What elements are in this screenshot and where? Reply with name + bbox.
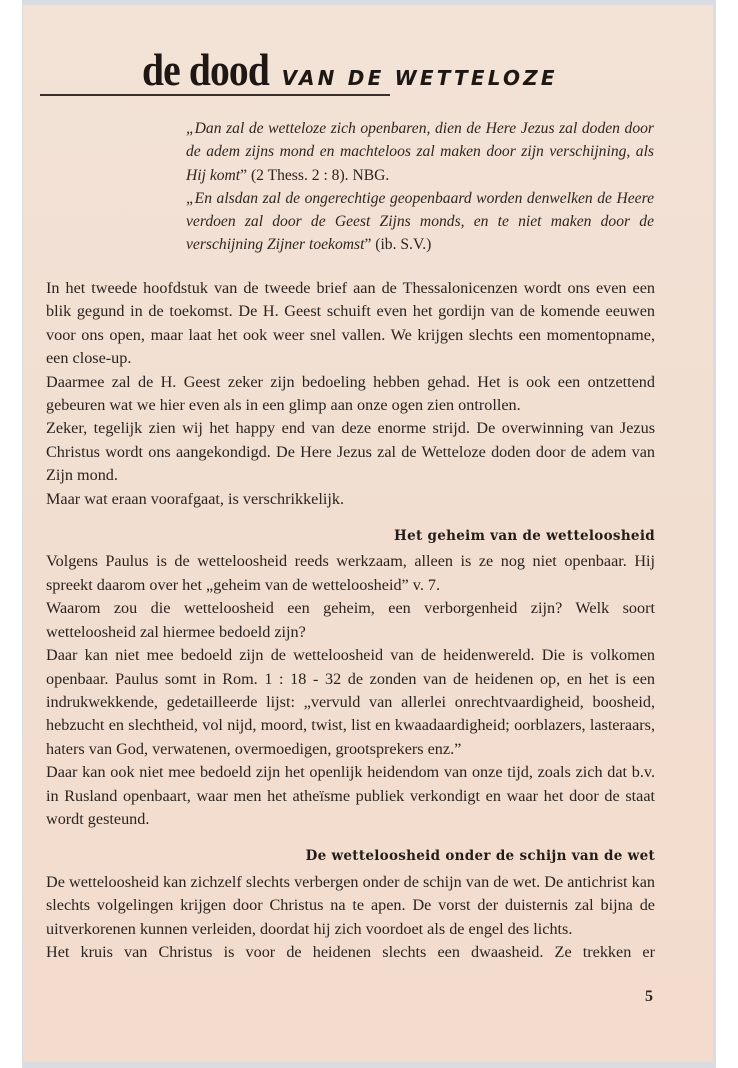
quote-citation: ” (ib. S.V.): [364, 236, 431, 253]
paragraph: Het kruis van Christus is voor de heiden…: [46, 941, 655, 964]
page-number: 5: [645, 988, 653, 1006]
article-title: de dood VAN DE WETTELOZE: [142, 43, 558, 96]
section-heading: De wetteloosheid onder de schijn van de …: [46, 845, 655, 868]
title-underline-rule: [40, 94, 390, 96]
quote-citation: ” (2 Thess. 2 : 8). NBG.: [240, 167, 389, 184]
paragraph: Maar wat eraan voorafgaat, is verschrikk…: [46, 488, 655, 511]
article-body: In het tweede hoofdstuk van de tweede br…: [46, 277, 655, 964]
title-main: de dood: [142, 43, 269, 96]
epigraph-quote-nbg: „Dan zal de wetteloze zich openbaren, di…: [186, 117, 654, 187]
paragraph: De wetteloosheid kan zichzelf slechts ve…: [46, 871, 655, 941]
title-subtitle: VAN DE WETTELOZE: [282, 66, 558, 90]
document-page: de dood VAN DE WETTELOZE „Dan zal de wet…: [23, 5, 713, 1062]
paragraph: Daar kan niet mee bedoeld zijn de wettel…: [46, 644, 655, 761]
paragraph: Daar kan ook niet mee bedoeld zijn het o…: [46, 761, 655, 831]
paragraph: Waarom zou die wetteloosheid een geheim,…: [46, 597, 655, 644]
paragraph: In het tweede hoofdstuk van de tweede br…: [46, 277, 655, 371]
paragraph: Zeker, tegelijk zien wij het happy end v…: [46, 417, 655, 487]
section-heading: Het geheim van de wetteloosheid: [46, 525, 655, 548]
paragraph: Volgens Paulus is de wetteloosheid reeds…: [46, 550, 655, 597]
epigraph-quote-sv: „En alsdan zal de ongerechtige geopenbaa…: [186, 187, 654, 257]
epigraph-quote: „Dan zal de wetteloze zich openbaren, di…: [186, 117, 654, 257]
paragraph: Daarmee zal de H. Geest zeker zijn bedoe…: [46, 371, 655, 418]
